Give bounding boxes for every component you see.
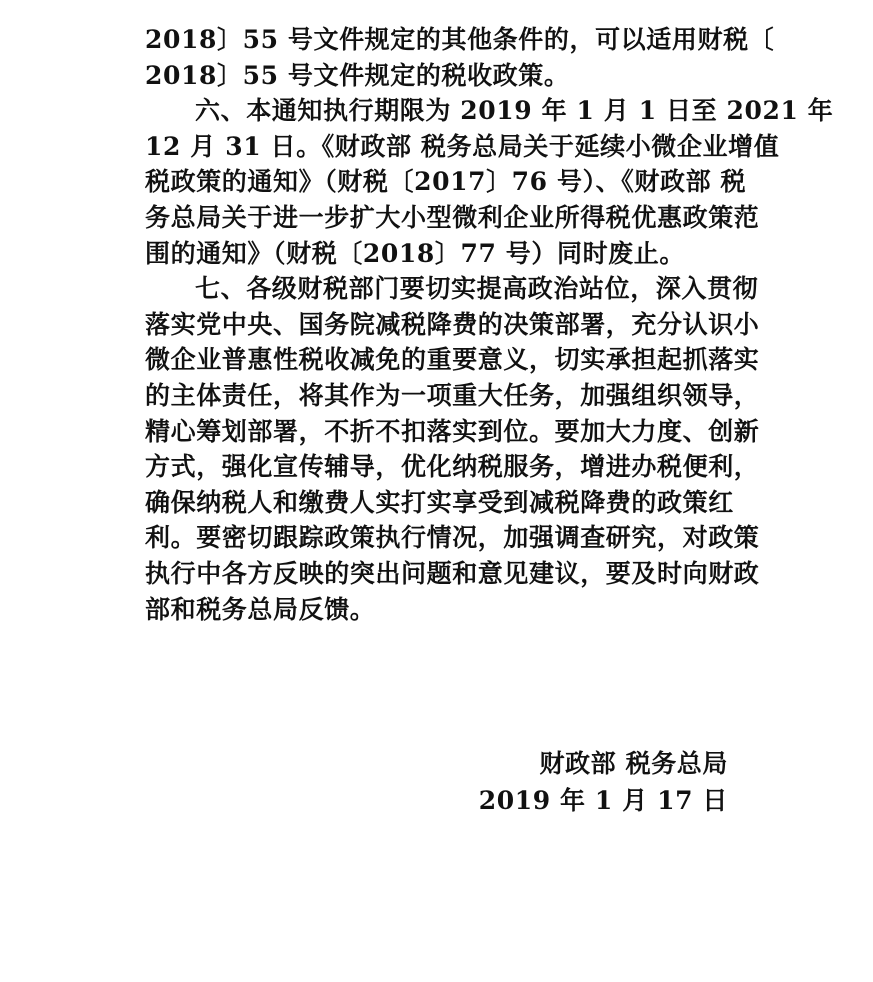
body-line: 务总局关于进一步扩大小型微利企业所得税优惠政策范 xyxy=(145,200,730,236)
signature-block: 财政部 税务总局 2019 年 1 月 17 日 xyxy=(479,745,728,819)
body-line: 2018〕55 号文件规定的税收政策。 xyxy=(145,58,730,94)
body-line: 确保纳税人和缴费人实打实享受到减税降费的政策红 xyxy=(145,485,730,521)
body-line: 精心筹划部署，不折不扣落实到位。要加大力度、创新 xyxy=(145,414,730,450)
body-line: 围的通知》（财税〔2018〕77 号）同时废止。 xyxy=(145,236,730,272)
body-line: 税政策的通知》（财税〔2017〕76 号）、《财政部 税 xyxy=(145,164,730,200)
body-line: 12 月 31 日。《财政部 税务总局关于延续小微企业增值 xyxy=(145,129,730,165)
body-line: 利。要密切跟踪政策执行情况，加强调查研究，对政策 xyxy=(145,520,730,556)
body-line: 执行中各方反映的突出问题和意见建议，要及时向财政 xyxy=(145,556,730,592)
issuer-name: 财政部 税务总局 xyxy=(479,745,728,782)
body-line: 方式，强化宣传辅导，优化纳税服务，增进办税便利， xyxy=(145,449,730,485)
body-line: 的主体责任，将其作为一项重大任务，加强组织领导， xyxy=(145,378,730,414)
section-six-start: 六、本通知执行期限为 2019 年 1 月 1 日至 2021 年 xyxy=(145,93,730,129)
section-seven-start: 七、各级财税部门要切实提高政治站位，深入贯彻 xyxy=(145,271,730,307)
body-line: 微企业普惠性税收减免的重要意义，切实承担起抓落实 xyxy=(145,342,730,378)
body-line: 2018〕55 号文件规定的其他条件的，可以适用财税〔 xyxy=(145,22,730,58)
document-body: 2018〕55 号文件规定的其他条件的，可以适用财税〔 2018〕55 号文件规… xyxy=(145,22,730,627)
body-line: 部和税务总局反馈。 xyxy=(145,592,730,628)
document-page: 2018〕55 号文件规定的其他条件的，可以适用财税〔 2018〕55 号文件规… xyxy=(0,0,873,982)
issue-date: 2019 年 1 月 17 日 xyxy=(479,782,728,819)
body-line: 落实党中央、国务院减税降费的决策部署，充分认识小 xyxy=(145,307,730,343)
